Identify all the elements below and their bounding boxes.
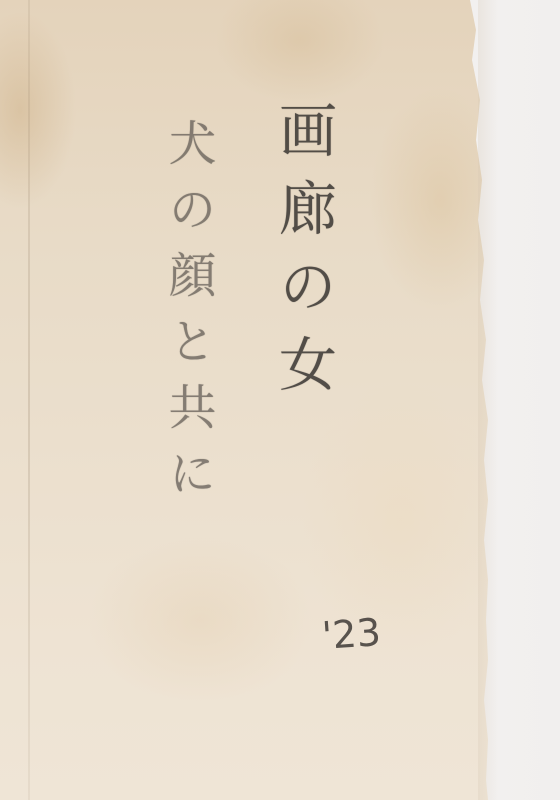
photo-scene: 画廊の女 犬の顔と共に '23 [0, 0, 560, 800]
date-mark: '23 [321, 610, 383, 658]
inscription-left-column: 犬の顔と共に [158, 118, 218, 514]
aged-paper-sheet: 画廊の女 犬の顔と共に '23 [0, 0, 488, 800]
inscription-right-column: 画廊の女 [268, 100, 338, 412]
torn-paper-edge [478, 0, 498, 800]
paper-fold-line [28, 0, 30, 800]
